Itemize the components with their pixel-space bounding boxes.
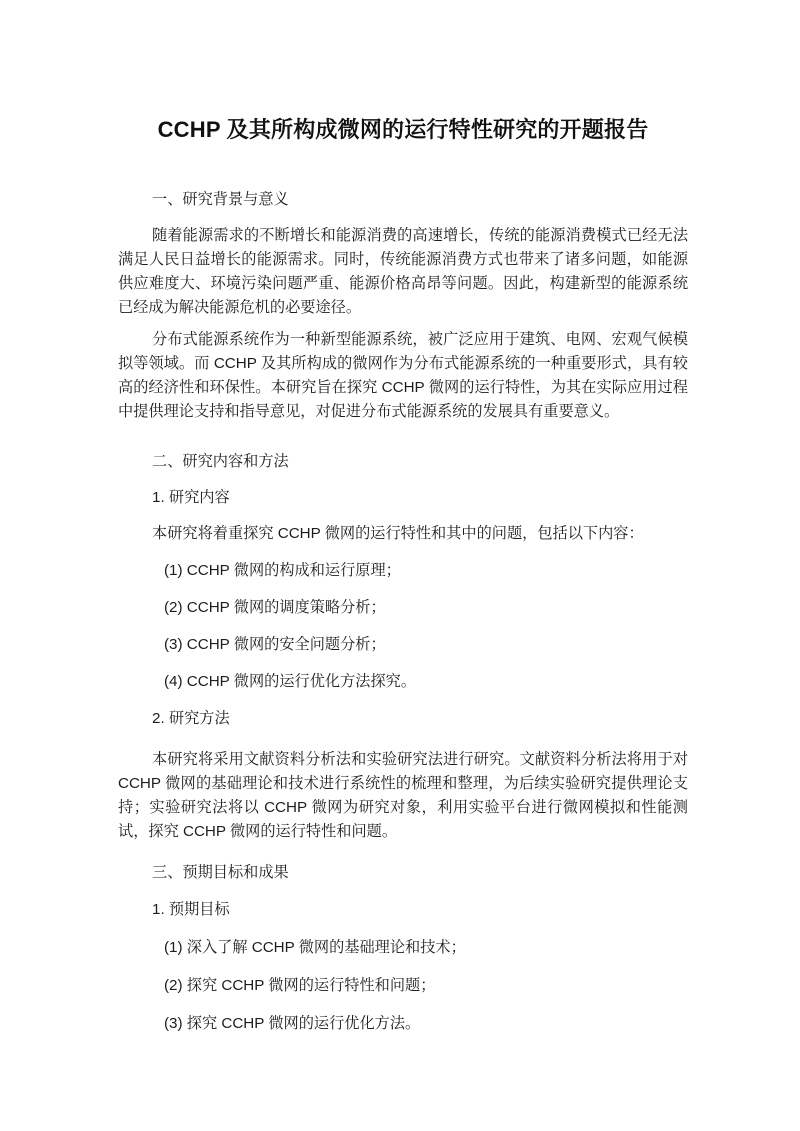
section-3-subheading-1: 1. 预期目标 bbox=[152, 898, 688, 922]
section-2-method-paragraph: 本研究将采用文献资料分析法和实验研究法进行研究。文献资料分析法将用于对 CCHP… bbox=[118, 748, 688, 844]
section-2-heading: 二、研究内容和方法 bbox=[152, 450, 688, 474]
research-content-item-3: (3) CCHP 微网的安全问题分析； bbox=[164, 633, 688, 657]
research-content-item-2: (2) CCHP 微网的调度策略分析； bbox=[164, 596, 688, 620]
section-1-heading: 一、研究背景与意义 bbox=[152, 188, 688, 212]
expected-goal-item-3: (3) 探究 CCHP 微网的运行优化方法。 bbox=[164, 1012, 688, 1036]
section-3-heading: 三、预期目标和成果 bbox=[152, 861, 688, 885]
section-1-paragraph-2: 分布式能源系统作为一种新型能源系统，被广泛应用于建筑、电网、宏观气候模拟等领域。… bbox=[118, 328, 688, 424]
research-content-item-1: (1) CCHP 微网的构成和运行原理； bbox=[164, 559, 688, 583]
document-page: CCHP 及其所构成微网的运行特性研究的开题报告 一、研究背景与意义 随着能源需… bbox=[0, 0, 800, 1131]
research-content-item-4: (4) CCHP 微网的运行优化方法探究。 bbox=[164, 670, 688, 694]
section-2-subheading-2: 2. 研究方法 bbox=[152, 707, 688, 731]
document-title: CCHP 及其所构成微网的运行特性研究的开题报告 bbox=[118, 116, 688, 144]
expected-goal-item-2: (2) 探究 CCHP 微网的运行特性和问题； bbox=[164, 974, 688, 998]
expected-goal-item-1: (1) 深入了解 CCHP 微网的基础理论和技术； bbox=[164, 936, 688, 960]
section-2-intro-paragraph: 本研究将着重探究 CCHP 微网的运行特性和其中的问题，包括以下内容： bbox=[118, 522, 688, 546]
section-1-paragraph-1: 随着能源需求的不断增长和能源消费的高速增长，传统的能源消费模式已经无法满足人民日… bbox=[118, 224, 688, 320]
section-2-subheading-1: 1. 研究内容 bbox=[152, 486, 688, 510]
